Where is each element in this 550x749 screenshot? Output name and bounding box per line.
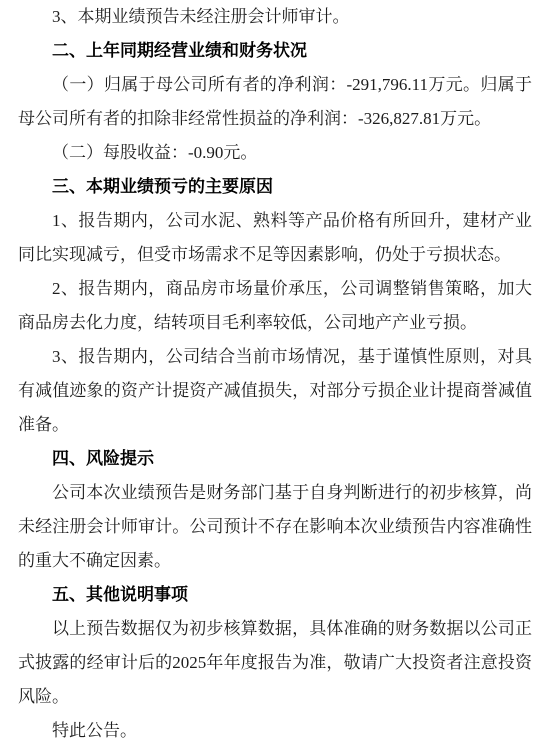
section-heading-loss-reasons: 三、本期业绩预亏的主要原因 xyxy=(18,170,532,204)
section-heading-prior-year-results: 二、上年同期经营业绩和财务状况 xyxy=(18,34,532,68)
paragraph-reason-1: 1、报告期内，公司水泥、熟料等产品价格有所回升，建材产业同比实现减亏，但受市场需… xyxy=(18,204,532,272)
paragraph-audit-status: 3、本期业绩预告未经注册会计师审计。 xyxy=(18,0,532,34)
paragraph-other-note: 以上预告数据仅为初步核算数据，具体准确的财务数据以公司正式披露的经审计后的202… xyxy=(18,612,532,714)
announcement-page: 3、本期业绩预告未经注册会计师审计。 二、上年同期经营业绩和财务状况 （一）归属… xyxy=(0,0,550,749)
paragraph-risk-note: 公司本次业绩预告是财务部门基于自身判断进行的初步核算，尚未经注册会计师审计。公司… xyxy=(18,476,532,578)
paragraph-eps: （二）每股收益：-0.90元。 xyxy=(18,136,532,170)
paragraph-closing: 特此公告。 xyxy=(18,714,532,748)
section-heading-risk-notice: 四、风险提示 xyxy=(18,442,532,476)
section-heading-other-notes: 五、其他说明事项 xyxy=(18,578,532,612)
paragraph-reason-3: 3、报告期内，公司结合当前市场情况，基于谨慎性原则，对具有减值迹象的资产计提资产… xyxy=(18,340,532,442)
paragraph-reason-2: 2、报告期内，商品房市场量价承压，公司调整销售策略，加大商品房去化力度，结转项目… xyxy=(18,272,532,340)
paragraph-net-profit: （一）归属于母公司所有者的净利润：-291,796.11万元。归属于母公司所有者… xyxy=(18,68,532,136)
